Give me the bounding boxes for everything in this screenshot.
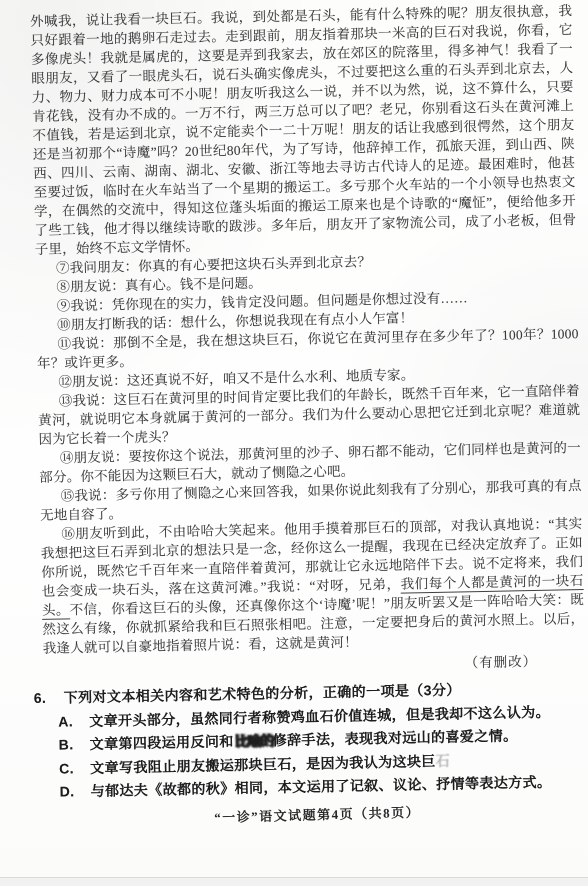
scanned-exam-page: 外喊我，说让我看一块巨石。我说，到处都是石头，能有什么特殊的呢？朋友很执意，我只… bbox=[0, 0, 588, 886]
closing-paragraph-16: ⑯朋友听到此，不由哈哈大笑起来。他用手摸着那巨石的顶部，对我认真地说：“其实我想… bbox=[40, 514, 585, 658]
paragraph-number: ⑧ bbox=[56, 279, 70, 294]
paragraph-number: ⑦ bbox=[56, 260, 70, 275]
dialog-text: 朋友说：真有心。钱不是问题。 bbox=[70, 275, 262, 294]
paragraph-number: ⑨ bbox=[57, 298, 71, 313]
passage-opening: 外喊我，说让我看一块巨石。我说，到处都是石头，能有什么特殊的呢？朋友很执意，我只… bbox=[30, 1, 577, 259]
scan-edge bbox=[0, 878, 588, 886]
paragraph-number: ⑭ bbox=[60, 450, 74, 465]
option-d-label: D. bbox=[59, 780, 90, 804]
faded-text: 石 bbox=[436, 752, 452, 768]
option-text-prefix: 文章第四段运用反问和 bbox=[90, 733, 234, 752]
question-6: 6. 下列对文本相关内容和艺术特色的分析，正确的一项是（3分） A. 文章开头部… bbox=[32, 676, 588, 805]
page-content: 外喊我，说让我看一块巨石。我说，到处都是石头，能有什么特殊的呢？朋友很执意，我只… bbox=[30, 1, 588, 828]
option-b-label: B. bbox=[58, 733, 89, 757]
closing-text-after: 不信，你看这巨石的头像，还真像你这个‘诗魔’呢！”朋友听罢又是一阵哈哈大笑：既然… bbox=[42, 592, 584, 656]
paragraph-number: ⑯ bbox=[61, 526, 75, 541]
paragraph-number: ⑩ bbox=[57, 317, 71, 332]
option-c-label: C. bbox=[59, 756, 90, 780]
paragraph-number: ⑬ bbox=[59, 393, 73, 408]
option-text-prefix: 文章写我阻止朋友搬运那块巨石，是因为我认为这块巨 bbox=[90, 753, 436, 776]
dialog-text: 我问朋友：你真的有心要把这块石头弄到北京去？ bbox=[70, 254, 372, 275]
option-a-label: A. bbox=[58, 709, 89, 733]
reading-passage: 外喊我，说让我看一块巨石。我说，到处都是石头，能有什么特殊的呢？朋友很执意，我只… bbox=[30, 1, 585, 681]
question-number: 6. bbox=[32, 686, 64, 710]
smudged-text: 比喻的 bbox=[233, 729, 272, 754]
paragraph-number: ⑫ bbox=[58, 374, 72, 389]
paragraph-number: ⑪ bbox=[57, 336, 71, 351]
dialog-text: 我说：这巨石在黄河里的时间肯定要比我们的年龄长，既然千百年来，它一直陪伴着黄河，… bbox=[38, 383, 580, 447]
option-text-suffix: 修辞手法，表现我对远山的喜爱之情。 bbox=[273, 727, 518, 748]
paragraph-number: ⑮ bbox=[60, 488, 74, 503]
